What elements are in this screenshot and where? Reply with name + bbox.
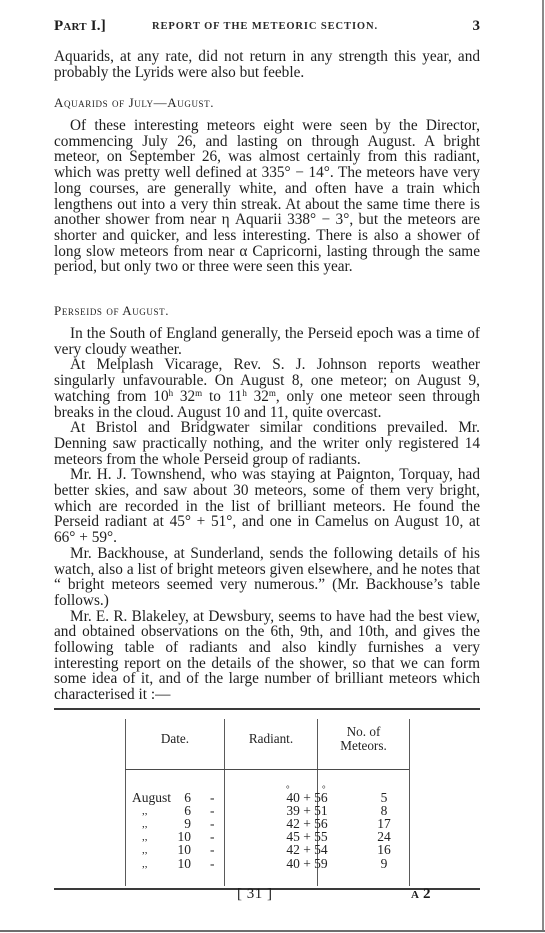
row-count: 16 xyxy=(364,843,404,856)
running-head: Part I.] REPORT OF THE METEORIC SECTION.… xyxy=(54,18,480,36)
table-header-rule xyxy=(125,769,409,770)
header-date: Date. xyxy=(126,732,224,746)
degree-mark: ° xyxy=(322,783,326,796)
intro-paragraph: Aquarids, at any rate, did not return in… xyxy=(54,49,480,80)
header-radiant: Radiant. xyxy=(225,732,317,746)
row-radiant: 42 + 54 xyxy=(272,843,342,856)
perseids-paragraph-blakeley: Mr. E. R. Blakeley, at Dewsbury, seems t… xyxy=(54,609,480,703)
melplash-text-3: to 11 xyxy=(202,388,242,405)
row-ditto: ,, xyxy=(142,844,148,857)
row-day: 10 xyxy=(171,843,191,856)
row-ditto: ,, xyxy=(142,858,148,871)
row-ditto: ,, xyxy=(142,831,148,844)
running-title: REPORT OF THE METEORIC SECTION. xyxy=(152,21,378,32)
row-month: August xyxy=(132,791,171,804)
signature-number: 2 xyxy=(423,886,431,902)
section-heading-aquarids: Aquarids of July—August. xyxy=(54,95,214,111)
intro-paragraph-block: Aquarids, at any rate, did not return in… xyxy=(54,49,480,80)
perseids-paragraph-melplash: At Melplash Vicarage, Rev. S. J. Johnson… xyxy=(54,357,480,420)
part-label: Part I.] xyxy=(54,18,106,35)
minute-superscript: m xyxy=(269,388,276,398)
row-dash: - xyxy=(210,843,215,856)
row-dash: - xyxy=(210,857,215,870)
perseids-paragraph-bristol: At Bristol and Bridgwater similar condit… xyxy=(54,420,480,467)
page-number: 3 xyxy=(473,18,481,35)
table-column-divider xyxy=(409,719,410,886)
header-meteors-line1: No. of xyxy=(318,725,409,739)
row-ditto: ,, xyxy=(142,805,148,818)
row-radiant: 40 + 59 xyxy=(272,857,342,870)
section-heading-perseids: Perseids of August. xyxy=(54,303,169,319)
aquarids-paragraph: Of these interesting meteors eight were … xyxy=(54,118,480,275)
header-meteors: No. of Meteors. xyxy=(318,725,409,753)
melplash-text-4: 32 xyxy=(247,388,269,405)
header-meteors-line2: Meteors. xyxy=(318,739,409,753)
radiants-table: Date. Radiant. No. of Meteors. August 6 … xyxy=(54,708,480,894)
folio-number: [ 31 ] xyxy=(237,886,273,903)
degree-mark: ° xyxy=(286,783,290,796)
row-day: 10 xyxy=(171,857,191,870)
perseids-body: In the South of England generally, the P… xyxy=(54,326,480,703)
page-edge-right xyxy=(542,0,544,931)
perseids-paragraph-townshend: Mr. H. J. Townshend, who was staying at … xyxy=(54,467,480,546)
aquarids-body: Of these interesting meteors eight were … xyxy=(54,118,480,275)
page-edge-bottom xyxy=(0,930,545,932)
row-count: 9 xyxy=(364,857,404,870)
perseids-paragraph-backhouse: Mr. Backhouse, at Sunderland, sends the … xyxy=(54,546,480,609)
row-ditto: ,, xyxy=(142,818,148,831)
table-top-rule xyxy=(54,708,480,710)
perseids-paragraph-1: In the South of England generally, the P… xyxy=(54,326,480,357)
printer-signature: A2 xyxy=(411,886,430,903)
melplash-text-2: 32 xyxy=(173,388,195,405)
signature-letter: A xyxy=(411,889,419,901)
